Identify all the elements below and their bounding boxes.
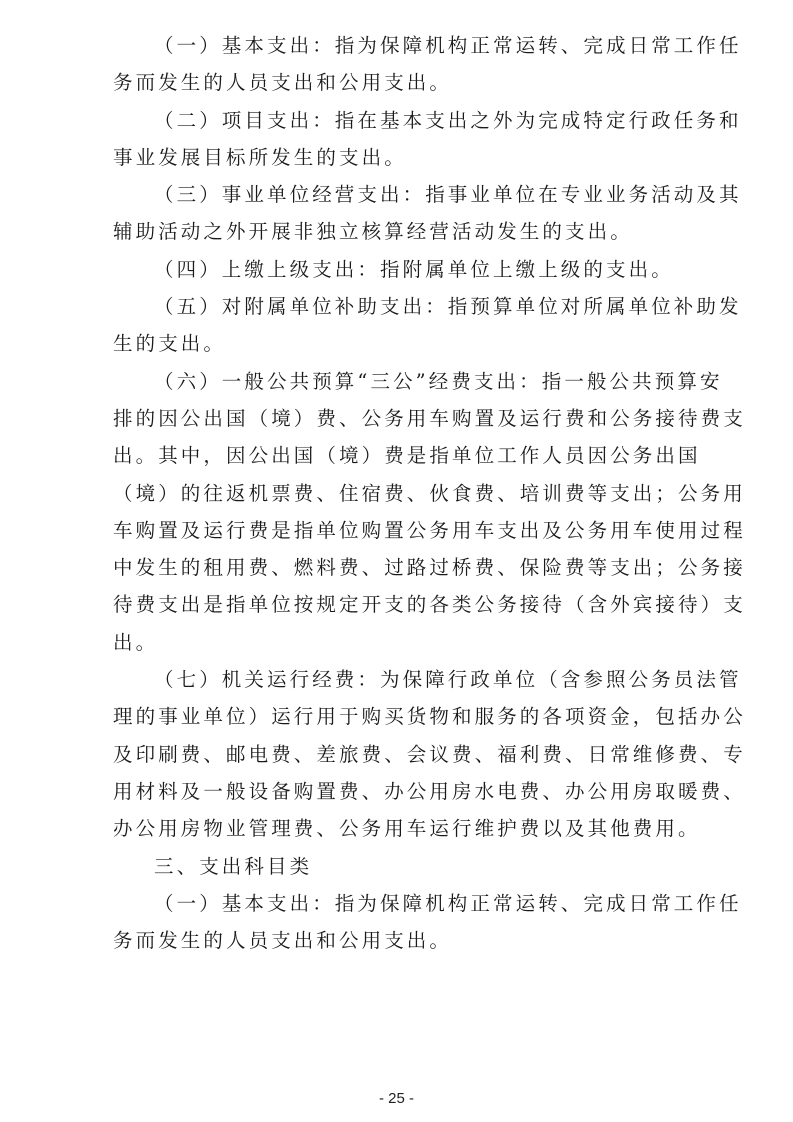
- paragraph-basic-expenditure-2: （一）基本支出：指为保障机构正常运转、完成日常工作任 务而发生的人员支出和公用支…: [113, 885, 693, 960]
- document-page: （一）基本支出：指为保障机构正常运转、完成日常工作任 务而发生的人员支出和公用支…: [0, 0, 793, 1122]
- text-line: （七）机关运行经费：为保障行政单位（含参照公务员法管: [113, 661, 693, 698]
- text-line: 务而发生的人员支出和公用支出。: [113, 64, 693, 101]
- text-line: 出。: [113, 624, 693, 661]
- document-body: （一）基本支出：指为保障机构正常运转、完成日常工作任 务而发生的人员支出和公用支…: [113, 27, 693, 959]
- paragraph-basic-expenditure: （一）基本支出：指为保障机构正常运转、完成日常工作任 务而发生的人员支出和公用支…: [113, 27, 693, 102]
- page-number: - 25 -: [0, 1090, 793, 1107]
- text-line: （四）上缴上级支出：指附属单位上缴上级的支出。: [113, 251, 693, 288]
- text-line: 生的支出。: [113, 325, 693, 362]
- text-line: （一）基本支出：指为保障机构正常运转、完成日常工作任: [113, 885, 693, 922]
- text-line: （六）一般公共预算“三公”经费支出：指一般公共预算安: [113, 363, 693, 400]
- paragraph-subsidy-affiliates: （五）对附属单位补助支出：指预算单位对所属单位补助发 生的支出。: [113, 288, 693, 363]
- paragraph-three-public: （六）一般公共预算“三公”经费支出：指一般公共预算安 排的因公出国（境）费、公务…: [113, 363, 693, 661]
- text-line: 用材料及一般设备购置费、办公用房水电费、办公用房取暖费、: [113, 773, 693, 810]
- paragraph-remit-superior: （四）上缴上级支出：指附属单位上缴上级的支出。: [113, 251, 693, 288]
- text-line: 出。其中，因公出国（境）费是指单位工作人员因公务出国: [113, 437, 693, 474]
- text-line: （二）项目支出：指在基本支出之外为完成特定行政任务和: [113, 102, 693, 139]
- text-line: 事业发展目标所发生的支出。: [113, 139, 693, 176]
- paragraph-operating-expenditure: （三）事业单位经营支出：指事业单位在专业业务活动及其 辅助活动之外开展非独立核算…: [113, 176, 693, 251]
- text-line: 车购置及运行费是指单位购置公务用车支出及公务用车使用过程: [113, 512, 693, 549]
- section-heading: 三、支出科目类: [113, 848, 693, 885]
- text-line: 辅助活动之外开展非独立核算经营活动发生的支出。: [113, 213, 693, 250]
- text-line: （一）基本支出：指为保障机构正常运转、完成日常工作任: [113, 27, 693, 64]
- text-line: 办公用房物业管理费、公务用车运行维护费以及其他费用。: [113, 810, 693, 847]
- paragraph-project-expenditure: （二）项目支出：指在基本支出之外为完成特定行政任务和 事业发展目标所发生的支出。: [113, 102, 693, 177]
- paragraph-agency-operating: （七）机关运行经费：为保障行政单位（含参照公务员法管 理的事业单位）运行用于购买…: [113, 661, 693, 847]
- text-line: （境）的往返机票费、住宿费、伙食费、培训费等支出；公务用: [113, 475, 693, 512]
- text-line: 排的因公出国（境）费、公务用车购置及运行费和公务接待费支: [113, 400, 693, 437]
- text-line: 务而发生的人员支出和公用支出。: [113, 922, 693, 959]
- text-line: 及印刷费、邮电费、差旅费、会议费、福利费、日常维修费、专: [113, 736, 693, 773]
- text-line: 待费支出是指单位按规定开支的各类公务接待（含外宾接待）支: [113, 586, 693, 623]
- text-line: 理的事业单位）运行用于购买货物和服务的各项资金，包括办公: [113, 698, 693, 735]
- text-line: （三）事业单位经营支出：指事业单位在专业业务活动及其: [113, 176, 693, 213]
- text-line: 中发生的租用费、燃料费、过路过桥费、保险费等支出；公务接: [113, 549, 693, 586]
- text-line: （五）对附属单位补助支出：指预算单位对所属单位补助发: [113, 288, 693, 325]
